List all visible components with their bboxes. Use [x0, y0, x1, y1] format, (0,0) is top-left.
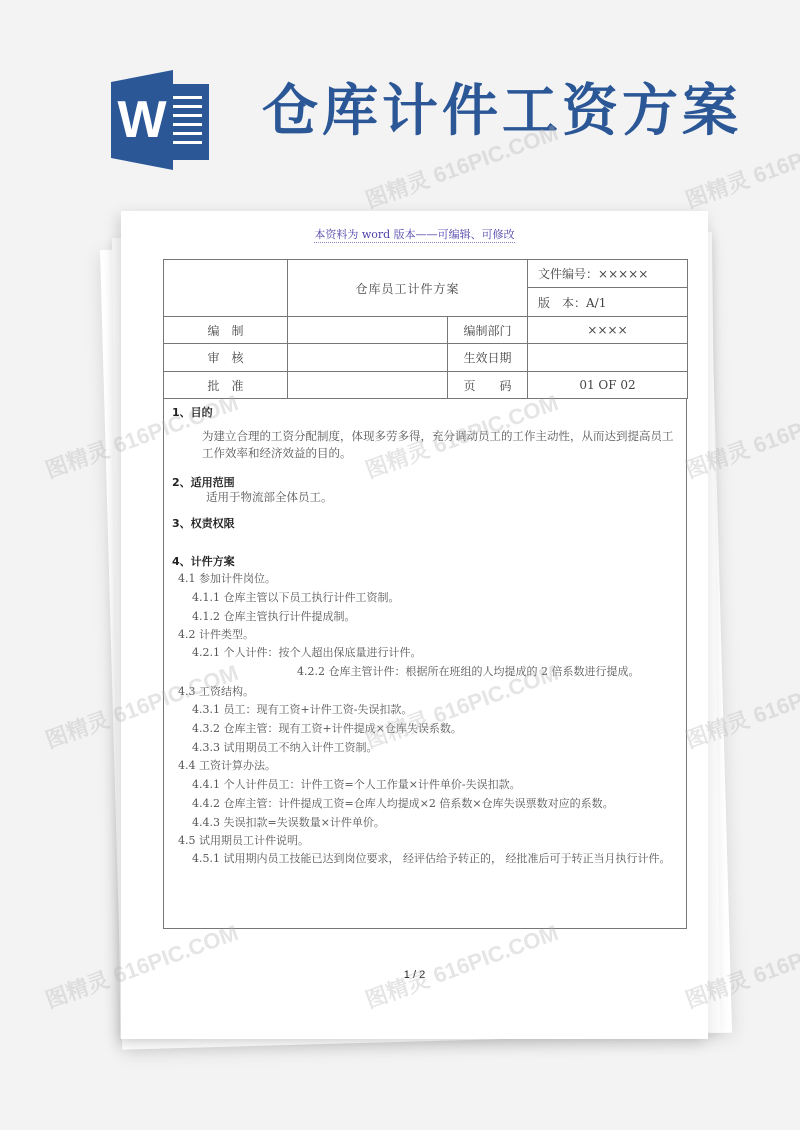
banner: W 仓库计件工资方案 — [0, 0, 800, 200]
body-box: 1、目的 为建立合理的工资分配制度，体现多劳多得，充分调动员工的工作主动性，从而… — [163, 398, 687, 929]
row-value: 01 OF 02 — [528, 372, 688, 399]
word-icon: W — [111, 70, 213, 170]
list-item: 4.1 参加计件岗位。 — [178, 570, 276, 586]
page-number: 1 / 2 — [121, 969, 708, 981]
row-label: 编制部门 — [448, 317, 528, 344]
list-item: 4.3 工资结构。 — [178, 683, 254, 699]
row-value: ×××× — [528, 317, 688, 344]
row-label: 生效日期 — [448, 344, 528, 372]
word-letter: W — [117, 90, 167, 150]
list-item: 4.2 计件类型。 — [178, 626, 254, 642]
section-body: 为建立合理的工资分配制度，体现多劳多得，充分调动员工的工作主动性，从而达到提高员… — [202, 428, 680, 462]
row-label: 编 制 — [164, 317, 288, 344]
list-item: 4.3.2 仓库主管：现有工资+计件提成×仓库失误系数。 — [192, 720, 462, 736]
section-title: 4、计件方案 — [172, 553, 235, 569]
list-item: 4.2.1 个人计件：按个人超出保底量进行计件。 — [192, 644, 421, 660]
list-item: 4.4 工资计算办法。 — [178, 757, 276, 773]
list-item: 4.4.3 失误扣款=失误数量×计件单价。 — [192, 814, 385, 830]
logo-cell — [164, 260, 288, 317]
list-item: 4.4.1 个人计件员工：计件工资=个人工作量×计件单价-失误扣款。 — [192, 776, 521, 792]
file-number: 文件编号：××××× — [528, 260, 688, 288]
section-title: 1、目的 — [172, 404, 213, 420]
list-item: 4.1.1 仓库主管以下员工执行计件工资制。 — [192, 589, 399, 605]
section-title: 3、权责权限 — [172, 515, 235, 531]
section-title: 2、适用范围 — [172, 474, 235, 490]
list-item: 4.5.1 试用期内员工技能已达到岗位要求， 经评估给予转正的， 经批准后可于转… — [192, 850, 670, 866]
row-label: 批 准 — [164, 372, 288, 399]
list-item: 4.3.3 试用期员工不纳入计件工资制。 — [192, 739, 377, 755]
list-item: 4.4.2 仓库主管：计件提成工资=仓库人均提成×2 倍系数×仓库失误票数对应的… — [192, 795, 614, 811]
row-value — [288, 317, 448, 344]
document-page: 本资料为 word 版本——可编辑、可修改 仓库员工计件方案 文件编号：××××… — [121, 211, 708, 1039]
row-label: 页 码 — [448, 372, 528, 399]
list-item: 4.1.2 仓库主管执行计件提成制。 — [192, 608, 356, 624]
header-table: 仓库员工计件方案 文件编号：××××× 版 本：A/1 编 制 编制部门 ×××… — [163, 259, 688, 399]
doc-title: 仓库员工计件方案 — [288, 260, 528, 317]
row-value — [288, 344, 448, 372]
list-item: 4.3.1 员工：现有工资+计件工资-失误扣款。 — [192, 701, 412, 717]
edit-note: 本资料为 word 版本——可编辑、可修改 — [121, 226, 708, 242]
list-item: 4.5 试用期员工计件说明。 — [178, 832, 309, 848]
row-label: 审 核 — [164, 344, 288, 372]
row-value — [288, 372, 448, 399]
banner-title: 仓库计件工资方案 — [262, 76, 742, 146]
row-value — [528, 344, 688, 372]
list-item: 4.2.2 仓库主管计件：根据所在班组的人均提成的 2 倍系数进行提成。 — [297, 663, 639, 679]
version: 版 本：A/1 — [528, 288, 688, 317]
section-body: 适用于物流部全体员工。 — [206, 489, 333, 506]
